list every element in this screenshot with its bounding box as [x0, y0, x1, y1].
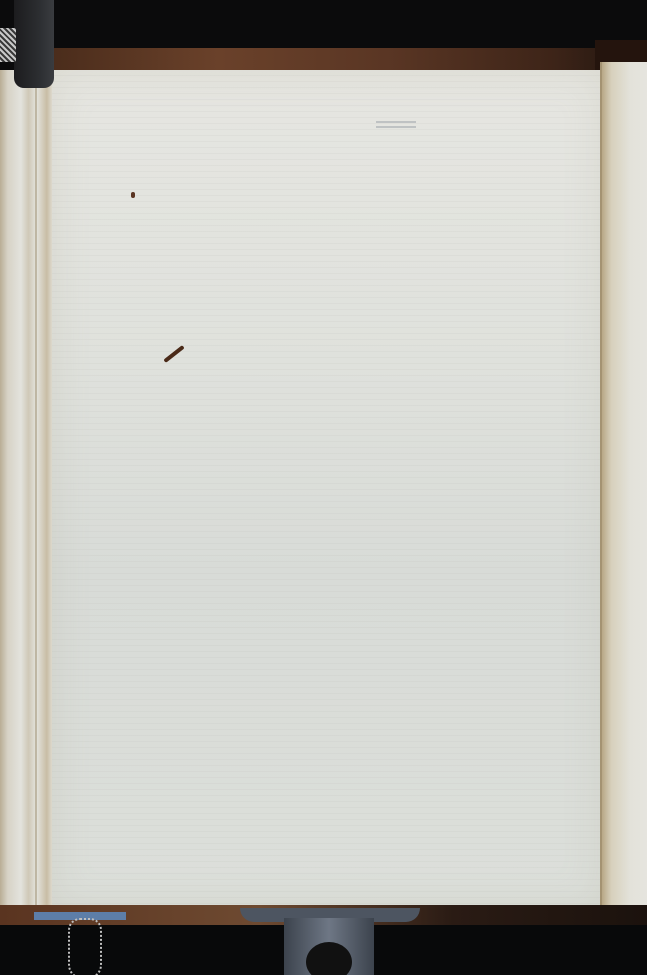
leather-binding-top — [50, 48, 610, 72]
book-clamp-left — [14, 0, 54, 88]
facing-page-edge — [600, 62, 647, 917]
page-edges-left — [0, 70, 52, 910]
clamp-knob — [306, 942, 352, 975]
header-rule — [376, 121, 416, 123]
color-tag — [0, 28, 16, 62]
dark-background-top — [0, 0, 647, 50]
header-rule — [376, 126, 416, 128]
ink-spot — [131, 192, 135, 198]
book-clamp-bottom — [240, 908, 420, 975]
chain-clip — [68, 918, 102, 975]
